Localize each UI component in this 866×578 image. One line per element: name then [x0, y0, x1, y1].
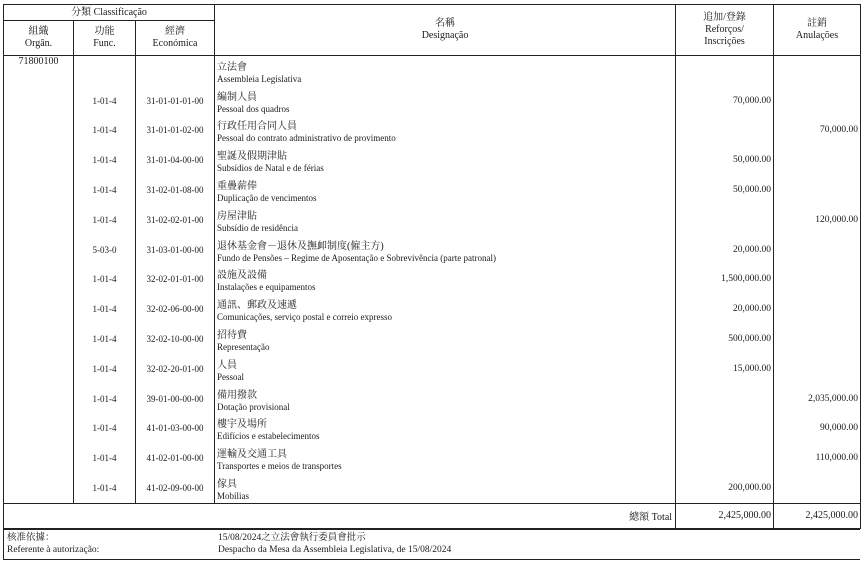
reforco-amount: 20,000.00 [676, 294, 773, 324]
func-code: 1-01-4 [74, 473, 135, 503]
reforco-amount [676, 384, 773, 414]
func-code: 1-01-4 [74, 116, 135, 146]
budget-table: 分類 Classificação 名稱 Designação 追加/登錄 Ref… [3, 4, 861, 529]
designation-zh: 備用撥款 [217, 390, 675, 402]
designation-item: 備用撥款Dotação provisional [215, 384, 675, 414]
econ-code: 32-02-01-01-00 [136, 265, 214, 295]
anulacao-amount: 70,000.00 [774, 116, 860, 146]
designation-zh: 設施及設備 [217, 270, 675, 282]
organ-name-zh: 立法會 [217, 62, 675, 74]
reforco-amount [676, 443, 773, 473]
econ-code: 32-02-10-00-00 [136, 324, 214, 354]
func-code: 5-03-0 [74, 235, 135, 265]
func-code: 1-01-4 [74, 145, 135, 175]
designation-item: 人員Pessoal [215, 354, 675, 384]
reforcos-header-pt1: Reforços/ [676, 24, 773, 36]
organ-header-zh: 組織 [4, 26, 73, 38]
authorization-value-zh: 15/08/2024之立法會執行委員會批示 [218, 532, 859, 544]
func-code: 1-01-4 [74, 443, 135, 473]
organ-header-pt: Orgân. [4, 38, 73, 50]
anulacao-amount [774, 265, 860, 295]
designation-item: 編制人員Pessoal dos quadros [215, 86, 675, 116]
reforcos-header: 追加/登錄 Reforços/ Inscrições [676, 5, 774, 56]
anulacao-amount: 2,035,000.00 [774, 384, 860, 414]
designation-item: 退休基金會－退休及撫卹制度(僱主方)Fundo de Pensões – Reg… [215, 235, 675, 265]
designation-pt: Representação [217, 342, 675, 353]
designation-item: 運輸及交通工具Transportes e meios de transporte… [215, 443, 675, 473]
designation-zh: 聖誕及假期津貼 [217, 151, 675, 163]
total-anulacoes: 2,425,000.00 [774, 503, 861, 528]
designation-zh: 招待費 [217, 330, 675, 342]
econ-code: 41-02-01-00-00 [136, 443, 214, 473]
designation-zh: 傢具 [217, 479, 675, 491]
anulacoes-header-pt: Anulações [774, 30, 860, 42]
designation-header-pt: Designação [215, 30, 675, 42]
designation-item: 重疊薪俸Duplicação de vencimentos [215, 175, 675, 205]
reforco-amount: 20,000.00 [676, 235, 773, 265]
designation-pt: Duplicação de vencimentos [217, 193, 675, 204]
designation-pt: Pessoal do contrato administrativo de pr… [217, 133, 675, 144]
anulacao-amount: 90,000.00 [774, 414, 860, 444]
func-code: 1-01-4 [74, 384, 135, 414]
designation-item: 傢具Mobílias [215, 473, 675, 503]
authorization-value: 15/08/2024之立法會執行委員會批示 Despacho da Mesa d… [215, 530, 861, 559]
designation-zh: 行政任用合同人員 [217, 121, 675, 133]
anulacao-amount [774, 473, 860, 503]
designation-item: 樓宇及場所Edifícios e estabelecimentos [215, 414, 675, 444]
anulacao-amount [774, 86, 860, 116]
designation-zh: 編制人員 [217, 92, 675, 104]
econ-code: 41-01-03-00-00 [136, 414, 214, 444]
reforco-amount: 50,000.00 [676, 145, 773, 175]
anulacao-amount [774, 294, 860, 324]
econ-code: 41-02-09-00-00 [136, 473, 214, 503]
total-label: 總額 Total [4, 503, 676, 528]
designation-pt: Transportes e meios de transportes [217, 461, 675, 472]
designation-column: 立法會 Assembleia Legislativa 編制人員Pessoal d… [215, 56, 676, 504]
designation-zh: 通訊、郵政及速遞 [217, 300, 675, 312]
func-code: 1-01-4 [74, 324, 135, 354]
budget-document: 分類 Classificação 名稱 Designação 追加/登錄 Ref… [3, 4, 860, 560]
designation-pt: Instalações e equipamentos [217, 282, 675, 293]
designation-item: 行政任用合同人員Pessoal do contrato administrati… [215, 116, 675, 146]
func-header: 功能 Func. [74, 21, 136, 56]
designation-pt: Mobílias [217, 491, 675, 502]
authorization-label-pt: Referente à autorização: [7, 544, 213, 556]
designation-item: 設施及設備Instalações e equipamentos [215, 265, 675, 295]
econ-code: 31-02-01-08-00 [136, 175, 214, 205]
organ-header: 組織 Orgân. [4, 21, 74, 56]
organ-name: 立法會 Assembleia Legislativa [215, 56, 675, 86]
designation-zh: 樓宇及場所 [217, 419, 675, 431]
designation-pt: Pessoal [217, 372, 675, 383]
classification-header: 分類 Classificação [4, 5, 215, 21]
anulacao-amount: 110,000.00 [774, 443, 860, 473]
anulacao-amount [774, 175, 860, 205]
reforco-amount [676, 116, 773, 146]
econ-code: 31-01-01-02-00 [136, 116, 214, 146]
designation-pt: Dotação provisional [217, 402, 675, 413]
reforco-amount [676, 414, 773, 444]
func-code: 1-01-4 [74, 414, 135, 444]
designation-pt: Subsídio de residência [217, 223, 675, 234]
econ-code: 39-01-00-00-00 [136, 384, 214, 414]
authorization-value-pt: Despacho da Mesa da Assembleia Legislati… [218, 544, 859, 556]
func-column: 1-01-41-01-41-01-41-01-41-01-45-03-01-01… [74, 56, 136, 504]
reforco-amount: 15,000.00 [676, 354, 773, 384]
anulacao-amount [774, 324, 860, 354]
func-code: 1-01-4 [74, 265, 135, 295]
anulacao-amount [774, 235, 860, 265]
designation-item: 聖誕及假期津貼Subsídios de Natal e de férias [215, 145, 675, 175]
authorization-label: 核准依據： Referente à autorização: [4, 530, 215, 559]
reforco-amount: 200,000.00 [676, 473, 773, 503]
reforcos-column: 70,000.0050,000.0050,000.0020,000.001,50… [676, 56, 774, 504]
func-header-pt: Func. [74, 38, 135, 50]
designation-item: 通訊、郵政及速遞Comunicações, serviço postal e c… [215, 294, 675, 324]
func-code: 1-01-4 [74, 354, 135, 384]
reforco-amount: 70,000.00 [676, 86, 773, 116]
econ-header-zh: 經濟 [136, 26, 214, 38]
designation-zh: 退休基金會－退休及撫卹制度(僱主方) [217, 241, 675, 253]
econ-code: 31-01-01-01-00 [136, 86, 214, 116]
designation-pt: Edifícios e estabelecimentos [217, 431, 675, 442]
econ-code: 31-01-04-00-00 [136, 145, 214, 175]
designation-header: 名稱 Designação [215, 5, 676, 56]
organ-code: 71800100 [4, 56, 74, 504]
func-code: 1-01-4 [74, 205, 135, 235]
func-code: 1-01-4 [74, 86, 135, 116]
designation-item: 招待費Representação [215, 324, 675, 354]
anulacao-amount [774, 145, 860, 175]
designation-pt: Pessoal dos quadros [217, 104, 675, 115]
econ-column: 31-01-01-01-0031-01-01-02-0031-01-04-00-… [136, 56, 215, 504]
econ-code: 31-02-02-01-00 [136, 205, 214, 235]
anulacao-amount: 120,000.00 [774, 205, 860, 235]
reforco-amount [676, 205, 773, 235]
organ-name-pt: Assembleia Legislativa [217, 74, 675, 85]
designation-header-zh: 名稱 [215, 18, 675, 30]
reforco-amount: 1,500,000.00 [676, 265, 773, 295]
anulacoes-header: 註銷 Anulações [774, 5, 861, 56]
anulacao-amount [774, 354, 860, 384]
reforcos-header-pt2: Inscrições [676, 36, 773, 48]
designation-zh: 人員 [217, 360, 675, 372]
econ-code: 32-02-20-01-00 [136, 354, 214, 384]
designation-zh: 重疊薪俸 [217, 181, 675, 193]
reforcos-header-zh: 追加/登錄 [676, 12, 773, 24]
designation-item: 房屋津貼Subsídio de residência [215, 205, 675, 235]
reforco-amount: 50,000.00 [676, 175, 773, 205]
econ-code: 32-02-06-00-00 [136, 294, 214, 324]
designation-pt: Fundo de Pensões – Regime de Aposentação… [217, 253, 675, 264]
econ-code: 31-03-01-00-00 [136, 235, 214, 265]
anulacoes-column: 70,000.00120,000.002,035,000.0090,000.00… [774, 56, 861, 504]
total-row: 總額 Total 2,425,000.00 2,425,000.00 [4, 503, 861, 528]
econ-header: 經濟 Económica [136, 21, 215, 56]
anulacoes-header-zh: 註銷 [774, 18, 860, 30]
func-code: 1-01-4 [74, 294, 135, 324]
authorization-label-zh: 核准依據： [7, 532, 213, 544]
total-reforcos: 2,425,000.00 [676, 503, 774, 528]
authorization-footer: 核准依據： Referente à autorização: 15/08/202… [3, 529, 860, 560]
func-header-zh: 功能 [74, 26, 135, 38]
reforco-amount: 500,000.00 [676, 324, 773, 354]
designation-pt: Subsídios de Natal e de férias [217, 163, 675, 174]
designation-pt: Comunicações, serviço postal e correio e… [217, 312, 675, 323]
func-code: 1-01-4 [74, 175, 135, 205]
econ-header-pt: Económica [136, 38, 214, 50]
designation-zh: 運輸及交通工具 [217, 449, 675, 461]
designation-zh: 房屋津貼 [217, 211, 675, 223]
